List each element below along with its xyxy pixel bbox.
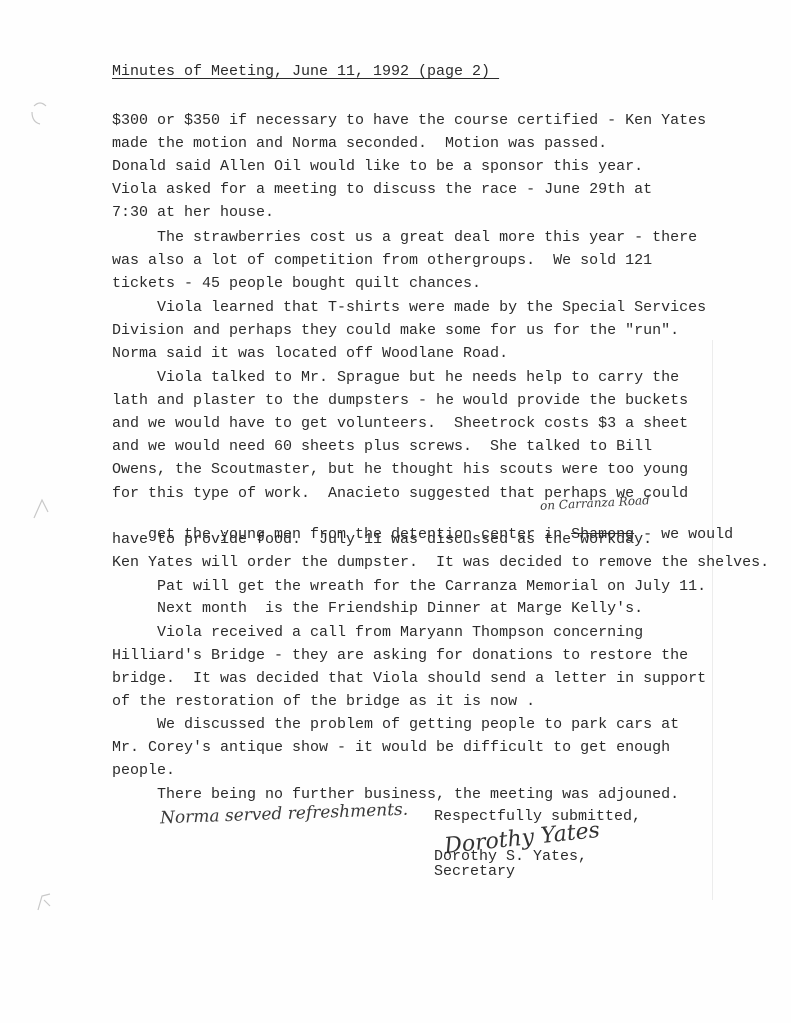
body-line: made the motion and Norma seconded. Moti… — [112, 135, 607, 153]
body-line: $300 or $350 if necessary to have the co… — [112, 112, 706, 130]
body-line: The strawberries cost us a great deal mo… — [112, 229, 697, 247]
page-title: Minutes of Meeting, June 11, 1992 (page … — [112, 63, 499, 81]
body-line: 7:30 at her house. — [112, 204, 274, 222]
body-line: tickets - 45 people bought quilt chances… — [112, 275, 481, 293]
body-line: bridge. It was decided that Viola should… — [112, 670, 706, 688]
body-line: Viola asked for a meeting to discuss the… — [112, 181, 652, 199]
body-line: We discussed the problem of getting peop… — [112, 716, 679, 734]
body-line: Viola talked to Mr. Sprague but he needs… — [112, 369, 679, 387]
secretary-title: Secretary — [434, 863, 515, 881]
body-line: Mr. Corey's antique show - it would be d… — [112, 739, 670, 757]
scan-fold-line — [712, 340, 713, 900]
body-line: Hilliard's Bridge - they are asking for … — [112, 647, 688, 665]
body-line: lath and plaster to the dumpsters - he w… — [112, 392, 688, 410]
document-page: Minutes of Meeting, June 11, 1992 (page … — [0, 0, 791, 1023]
body-line: of the restoration of the bridge as it i… — [112, 693, 535, 711]
binder-hole-mark-bottom — [32, 890, 56, 912]
body-line: Viola learned that T-shirts were made by… — [112, 299, 706, 317]
body-line: people. — [112, 762, 175, 780]
body-line: and we would need 60 sheets plus screws.… — [112, 438, 652, 456]
body-line: Next month is the Friendship Dinner at M… — [112, 600, 643, 618]
body-line: Donald said Allen Oil would like to be a… — [112, 158, 643, 176]
body-line: and we would have to get volunteers. She… — [112, 415, 688, 433]
body-line: Pat will get the wreath for the Carranza… — [112, 578, 706, 596]
body-line: have to provide food. July 11 was discus… — [112, 531, 652, 549]
body-line: Ken Yates will order the dumpster. It wa… — [112, 554, 769, 572]
binder-hole-mark-top — [28, 100, 52, 128]
body-line: Viola received a call from Maryann Thomp… — [112, 624, 643, 642]
body-line: Norma said it was located off Woodlane R… — [112, 345, 508, 363]
binder-hole-mark-middle — [30, 494, 54, 522]
body-line: was also a lot of competition from other… — [112, 252, 652, 270]
body-line: Division and perhaps they could make som… — [112, 322, 679, 340]
body-line: Owens, the Scoutmaster, but he thought h… — [112, 461, 688, 479]
